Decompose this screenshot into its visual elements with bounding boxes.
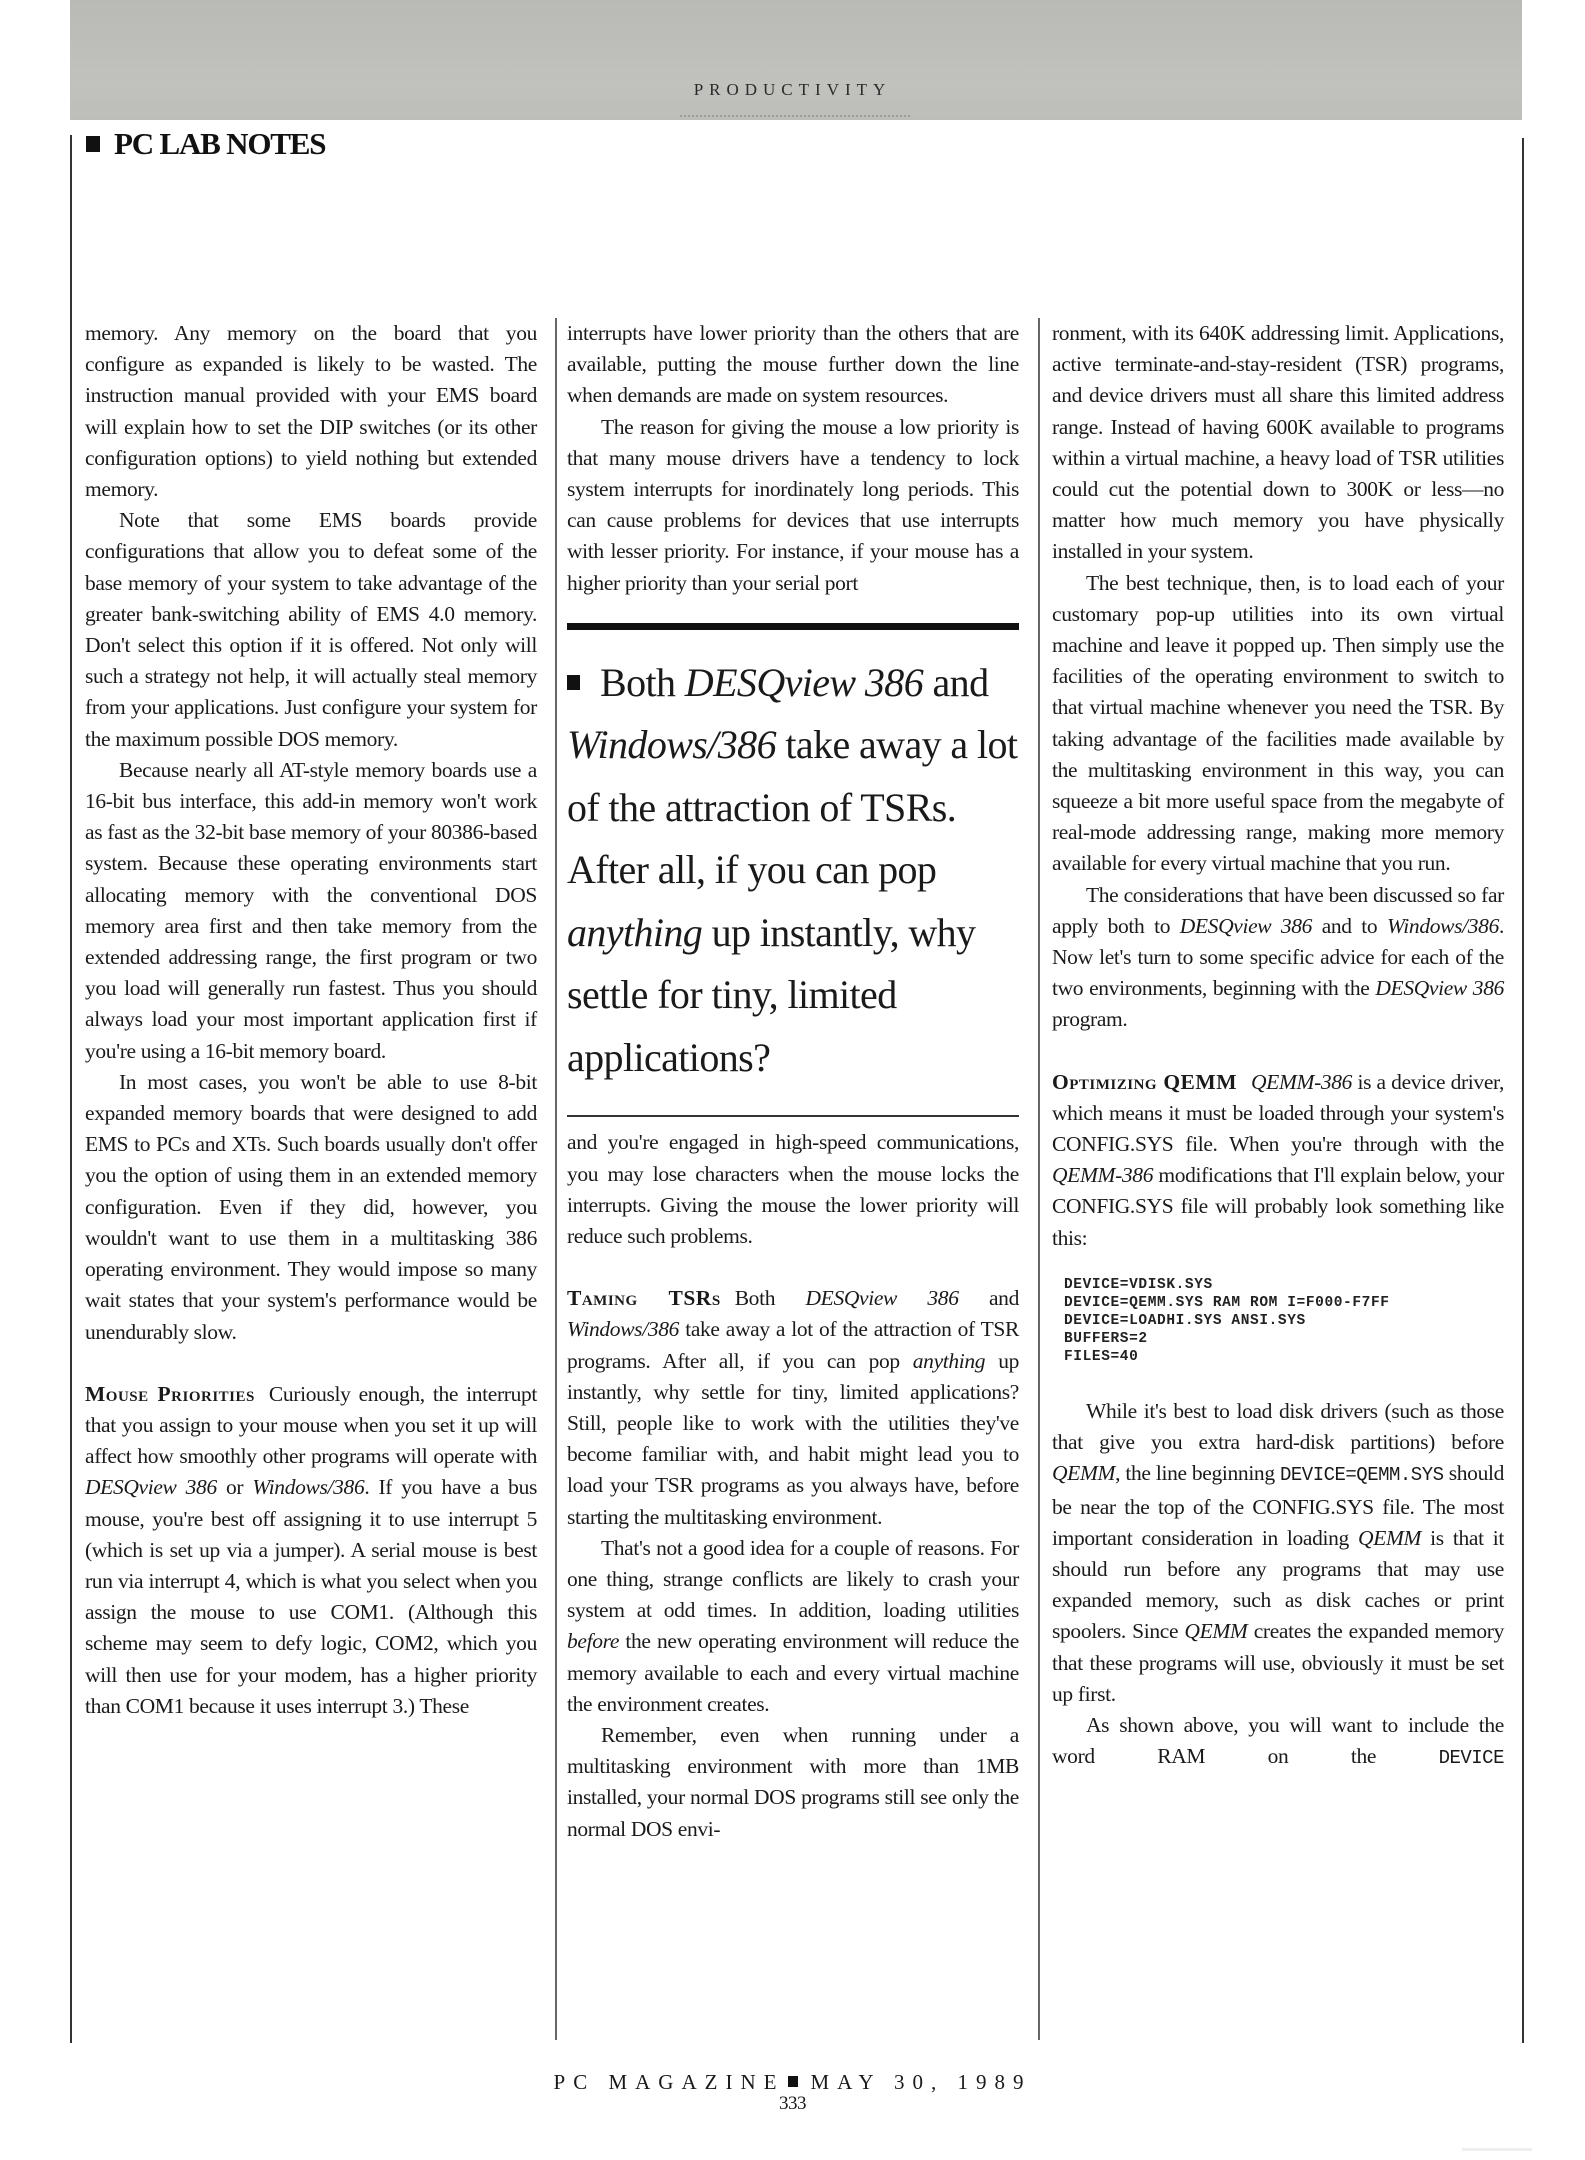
column-divider-1 <box>555 318 557 2040</box>
square-bullet-icon <box>788 2076 798 2087</box>
paragraph: Note that some EMS boards provide config… <box>85 505 537 755</box>
code-line: FILES=40 <box>1064 1348 1504 1366</box>
paragraph-taming-tsrs: Taming TSRsBoth DESQview 386 and Windows… <box>567 1283 1019 1533</box>
config-sys-listing: DEVICE=VDISK.SYSDEVICE=QEMM.SYS RAM ROM … <box>1064 1276 1504 1366</box>
paragraph: Because nearly all AT-style memory board… <box>85 755 537 1067</box>
paragraph: memory. Any memory on the board that you… <box>85 318 537 505</box>
square-bullet-icon <box>86 136 100 152</box>
scan-artifact <box>1462 2148 1532 2151</box>
page-border-left <box>70 135 72 2043</box>
code-line: DEVICE=VDISK.SYS <box>1064 1276 1504 1294</box>
header-band <box>70 0 1522 120</box>
paragraph: That's not a good idea for a couple of r… <box>567 1533 1019 1720</box>
column-divider-2 <box>1038 318 1040 2040</box>
square-bullet-icon <box>567 675 580 690</box>
page-border-right <box>1522 138 1524 2043</box>
paragraph: As shown above, you will want to include… <box>1052 1710 1504 1774</box>
paragraph-optimizing-qemm: Optimizing QEMMQEMM-386 is a device driv… <box>1052 1067 1504 1254</box>
page-number: 333 <box>0 2093 1585 2115</box>
code-line: DEVICE=QEMM.SYS RAM ROM I=F000-F7FF <box>1064 1294 1504 1312</box>
publication-name: PC MAGAZINE <box>554 2070 785 2094</box>
header-faint-text <box>680 115 910 121</box>
footer-publication-line: PC MAGAZINEMAY 30, 1989 <box>0 2070 1585 2095</box>
section-heading: Optimizing QEMM <box>1052 1070 1237 1094</box>
page-title: PC LAB NOTES <box>86 126 325 162</box>
section-heading: Mouse Priorities <box>85 1382 255 1406</box>
issue-date: MAY 30, 1989 <box>810 2070 1031 2094</box>
paragraph: The reason for giving the mouse a low pr… <box>567 412 1019 599</box>
paragraph: interrupts have lower priority than the … <box>567 318 1019 412</box>
code-line: BUFFERS=2 <box>1064 1330 1504 1348</box>
pull-quote: Both DESQview 386 and Windows/386 take a… <box>567 623 1019 1118</box>
paragraph: ronment, with its 640K addressing limit.… <box>1052 318 1504 568</box>
code-line: DEVICE=LOADHI.SYS ANSI.SYS <box>1064 1312 1504 1330</box>
article-column-2: interrupts have lower priority than the … <box>567 318 1019 1845</box>
section-label: PRODUCTIVITY <box>0 80 1585 100</box>
article-column-1: memory. Any memory on the board that you… <box>85 318 537 1722</box>
paragraph: and you're engaged in high-speed communi… <box>567 1127 1019 1252</box>
paragraph: The best technique, then, is to load eac… <box>1052 568 1504 880</box>
paragraph: In most cases, you won't be able to use … <box>85 1067 537 1348</box>
paragraph: Remember, even when running under a mult… <box>567 1720 1019 1845</box>
paragraph: The considerations that have been discus… <box>1052 880 1504 1036</box>
paragraph: While it's best to load disk drivers (su… <box>1052 1396 1504 1710</box>
paragraph-mouse-priorities: Mouse PrioritiesCuriously enough, the in… <box>85 1379 537 1722</box>
article-column-3: ronment, with its 640K addressing limit.… <box>1052 318 1504 1774</box>
section-heading: Taming TSRs <box>567 1286 721 1310</box>
page-title-text: PC LAB NOTES <box>114 126 325 161</box>
